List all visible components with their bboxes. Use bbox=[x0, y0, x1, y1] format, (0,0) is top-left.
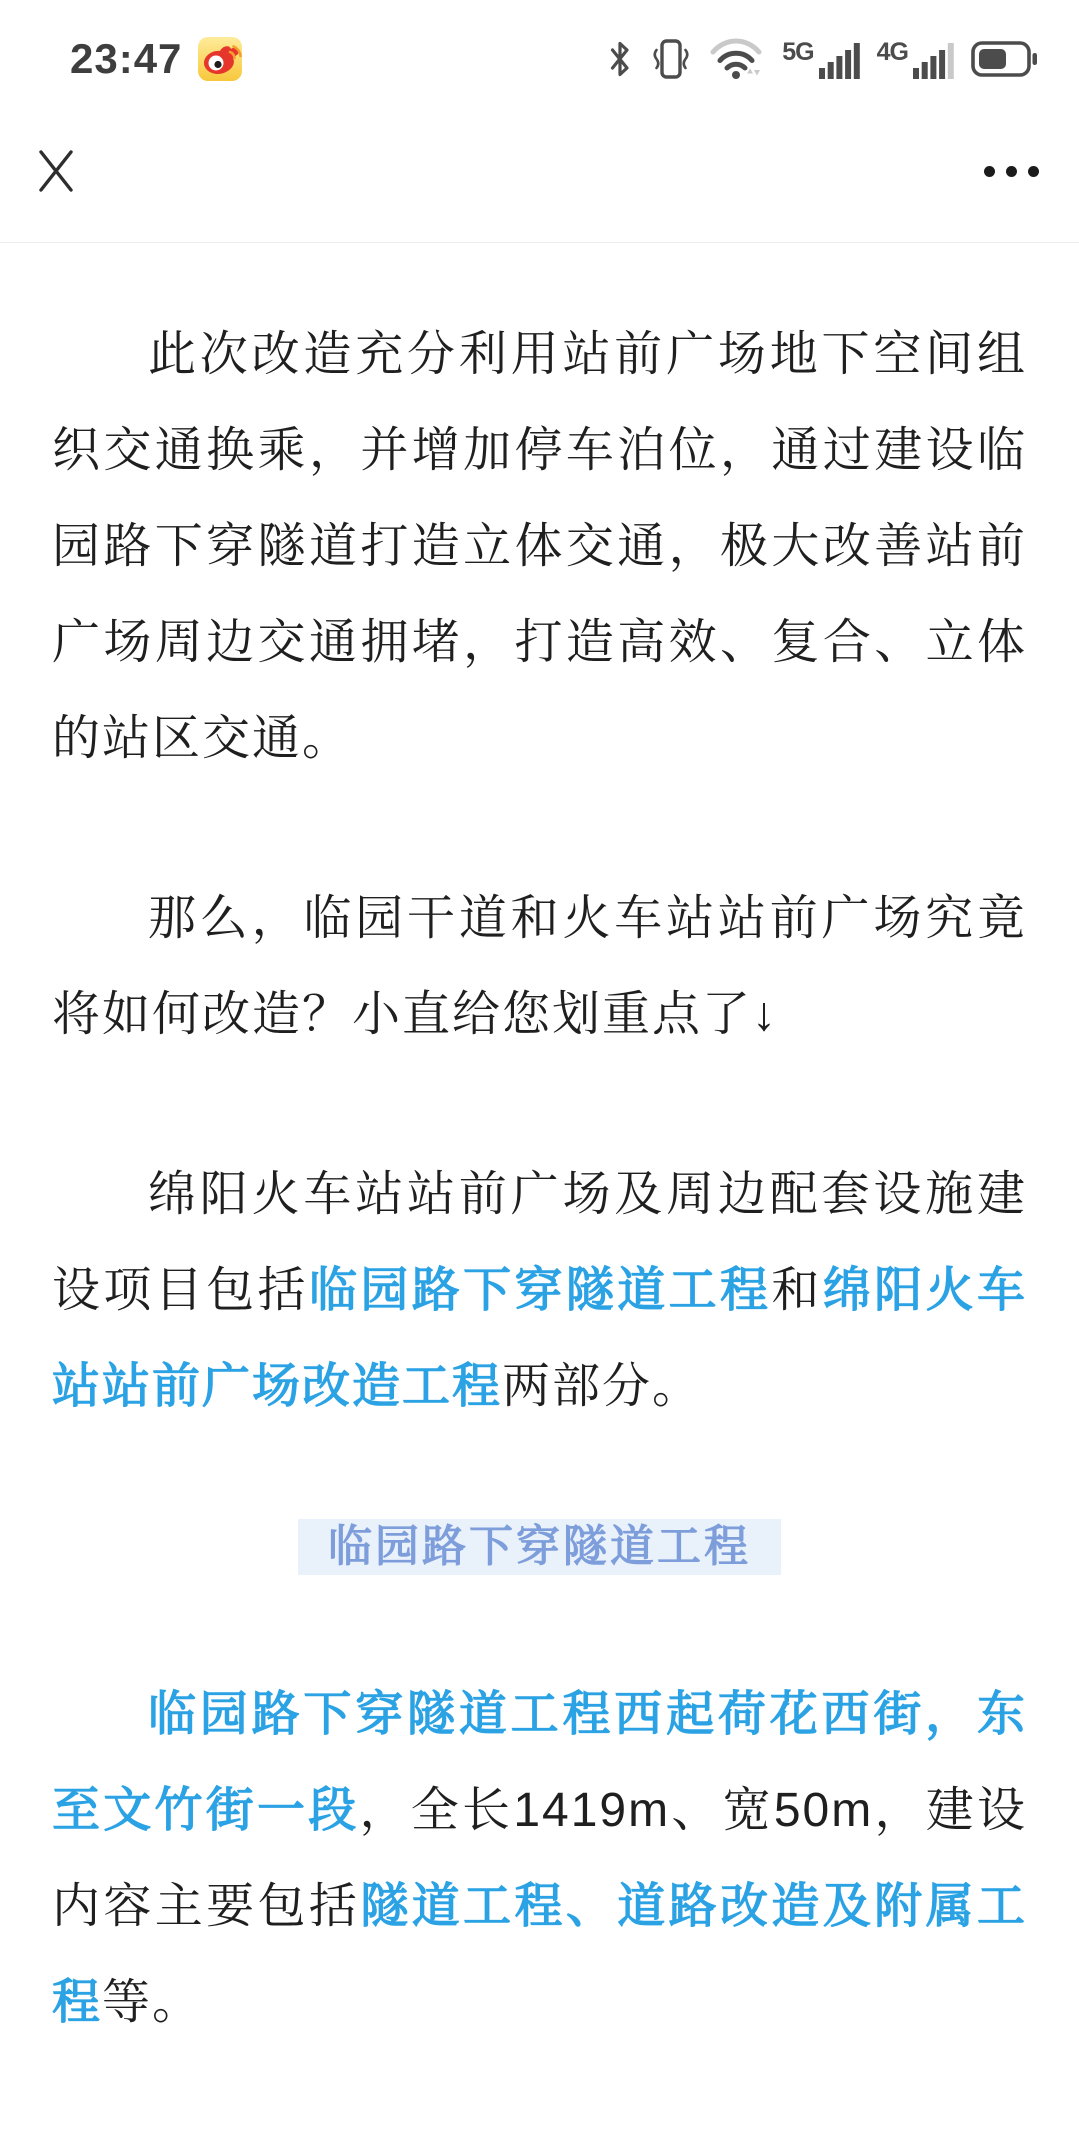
paragraph-text: 和 bbox=[771, 1264, 822, 1317]
network-5g-label: 5G bbox=[782, 40, 813, 65]
article-body: 此次改造充分利用站前广场地下空间组织交通换乘，并增加停车泊位，通过建设临园路下穿… bbox=[0, 243, 1079, 2051]
more-icon bbox=[1006, 166, 1017, 177]
more-icon bbox=[984, 166, 995, 177]
more-icon bbox=[1028, 166, 1039, 177]
close-icon bbox=[33, 147, 79, 195]
weibo-article-screen: 23:47 bbox=[0, 0, 1079, 2155]
emphasis-tunnel-project: 临园路下穿隧道工程 bbox=[309, 1264, 771, 1317]
paragraph-text: 等。 bbox=[102, 1976, 202, 2029]
paragraph-text: 此次改造充分利用站前广场地下空间组织交通换乘，并增加停车泊位，通过建设临园路下穿… bbox=[52, 328, 1027, 765]
article-nav-bar bbox=[0, 100, 1079, 243]
paragraph-question: 那么，临园干道和火车站站前广场究竟将如何改造？小直给您划重点了↓ bbox=[52, 871, 1027, 1063]
signal-5g-icon: 5G bbox=[782, 40, 859, 79]
paragraph-text: 两部分。 bbox=[502, 1360, 702, 1413]
section-heading: 临园路下穿隧道工程 bbox=[298, 1519, 781, 1575]
paragraph-text: 那么，临园干道和火车站站前广场究竟将如何改造？小直给您划重点了↓ bbox=[52, 892, 1027, 1041]
wifi-icon bbox=[709, 37, 765, 81]
paragraph-project-overview: 绵阳火车站站前广场及周边配套设施建设项目包括临园路下穿隧道工程和绵阳火车站站前广… bbox=[52, 1147, 1027, 1435]
network-4g-label: 4G bbox=[877, 40, 908, 65]
status-right: 5G 4G bbox=[607, 37, 1037, 81]
battery-icon bbox=[971, 40, 1037, 78]
signal-4g-icon: 4G bbox=[877, 40, 954, 79]
weibo-app-icon bbox=[197, 36, 243, 82]
status-left: 23:47 bbox=[70, 36, 243, 82]
clock: 23:47 bbox=[70, 38, 182, 80]
paragraph-intro: 此次改造充分利用站前广场地下空间组织交通换乘，并增加停车泊位，通过建设临园路下穿… bbox=[52, 307, 1027, 787]
section-heading-row: 临园路下穿隧道工程 bbox=[52, 1519, 1027, 1575]
bluetooth-icon bbox=[607, 39, 633, 79]
close-button[interactable] bbox=[33, 147, 79, 195]
vibrate-icon bbox=[650, 37, 692, 81]
more-options-button[interactable] bbox=[984, 166, 1039, 177]
paragraph-tunnel-details: 临园路下穿隧道工程西起荷花西街，东至文竹街一段，全长1419m、宽50m，建设内… bbox=[52, 1667, 1027, 2051]
status-bar: 23:47 bbox=[0, 0, 1079, 100]
